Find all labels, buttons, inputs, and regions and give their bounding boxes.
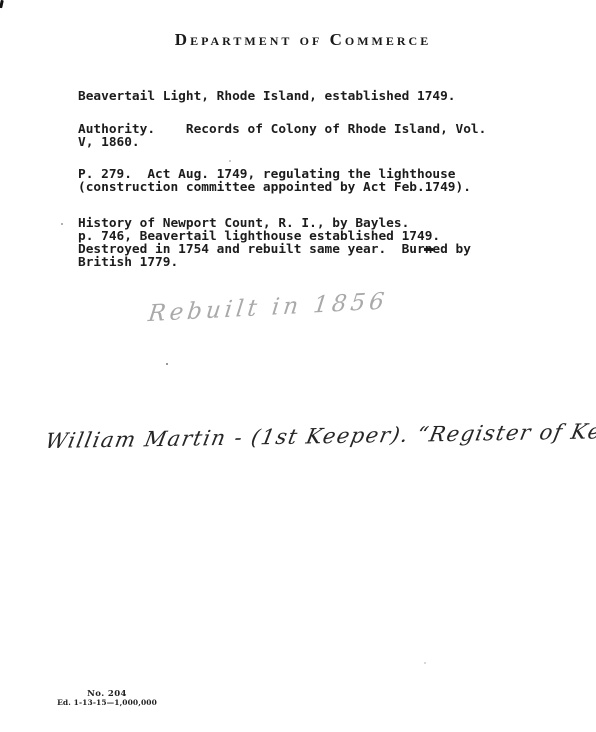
- typed-line-history-4: British 1779.: [78, 256, 178, 269]
- scan-speck: [61, 223, 63, 225]
- typewriter-overstrike-mark: [424, 248, 433, 251]
- scan-speck: [166, 363, 168, 365]
- handwritten-note-keeper: William Martin - (1st Keeper). “Register…: [43, 418, 596, 453]
- scan-speck: [424, 662, 426, 664]
- letterhead-title: Department of Commerce: [10, 30, 596, 50]
- scanned-record-card: Department of Commerce Beavertail Light,…: [0, 0, 596, 732]
- typed-line-subject: Beavertail Light, Rhode Island, establis…: [78, 90, 456, 103]
- typed-line-act-2: (construction committee appointed by Act…: [78, 181, 471, 194]
- form-edition: Ed. 1-13-15—1,000,000: [56, 699, 158, 707]
- handwritten-note-rebuilt: Rebuilt in 1856: [147, 288, 390, 327]
- form-imprint: No. 204 Ed. 1-13-15—1,000,000: [56, 690, 158, 707]
- stray-pen-tick-mark: [0, 0, 3, 8]
- typed-line-authority-2: V, 1860.: [78, 136, 140, 149]
- scan-speck: [229, 160, 231, 162]
